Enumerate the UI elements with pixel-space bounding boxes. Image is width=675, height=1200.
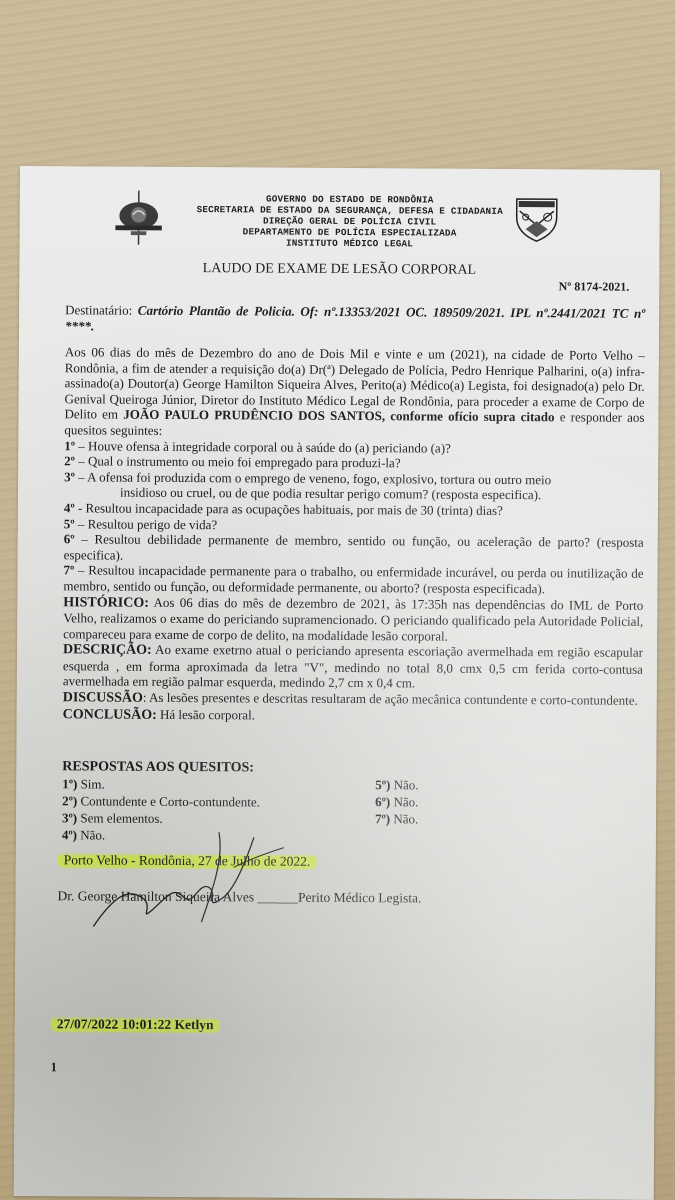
quesito-3: 3º – A ofensa foi produzida com o empreg…: [64, 469, 644, 504]
letterhead-line-5: INSTITUTO MÉDICO LEGAL: [140, 237, 560, 251]
report-body: Aos 06 dias do mês de Dezembro do ano de…: [63, 344, 645, 726]
subject-name: JOÃO PAULO PRUDÊNCIO DOS SANTOS, conform…: [123, 407, 554, 425]
page-number: 1: [50, 1059, 57, 1075]
document-page: GOVERNO DO ESTADO DE RONDÔNIA SECRETARIA…: [14, 166, 660, 1200]
timestamp-highlight: 27/07/2022 10:01:22 Ketlyn: [51, 1014, 220, 1034]
answers-heading: RESPOSTAS AOS QUESITOS:: [62, 758, 622, 778]
document-title: LAUDO DE EXAME DE LESÃO CORPORAL: [99, 260, 579, 279]
policia-civil-badge-icon: [512, 193, 562, 243]
historico-section: HISTÓRICO: Aos 06 dias do mês de dezembr…: [63, 594, 643, 645]
signer-role: Perito Médico Legista.: [298, 890, 421, 906]
intro-paragraph: Aos 06 dias do mês de Dezembro do ano de…: [64, 344, 645, 441]
document-number: Nº 8174-2021.: [559, 279, 630, 294]
print-timestamp: 27/07/2022 10:01:22 Ketlyn: [51, 1016, 220, 1033]
handwritten-signature-icon: [83, 826, 304, 937]
answer-6: 6º) Não.: [375, 793, 418, 810]
answers-column-2: 5º) Não. 6º) Não. 7º) Não.: [375, 776, 419, 827]
recipient-value: Cartório Plantão de Policia. Of: nº.1335…: [65, 303, 645, 333]
quesito-7: 7º – Resultou incapacidade permanente pa…: [63, 563, 643, 598]
answer-7: 7º) Não.: [375, 810, 418, 827]
descricao-section: DESCRIÇÃO: Ao exame exetrno atual o peri…: [63, 642, 643, 693]
quesito-6: 6º – Resultou debilidade permanente de m…: [64, 531, 644, 566]
recipient: Destinatário: Cartório Plantão de Polici…: [65, 302, 645, 337]
letterhead: GOVERNO DO ESTADO DE RONDÔNIA SECRETARIA…: [140, 193, 560, 251]
recipient-label: Destinatário:: [65, 302, 132, 317]
answer-5: 5º) Não.: [375, 776, 418, 793]
